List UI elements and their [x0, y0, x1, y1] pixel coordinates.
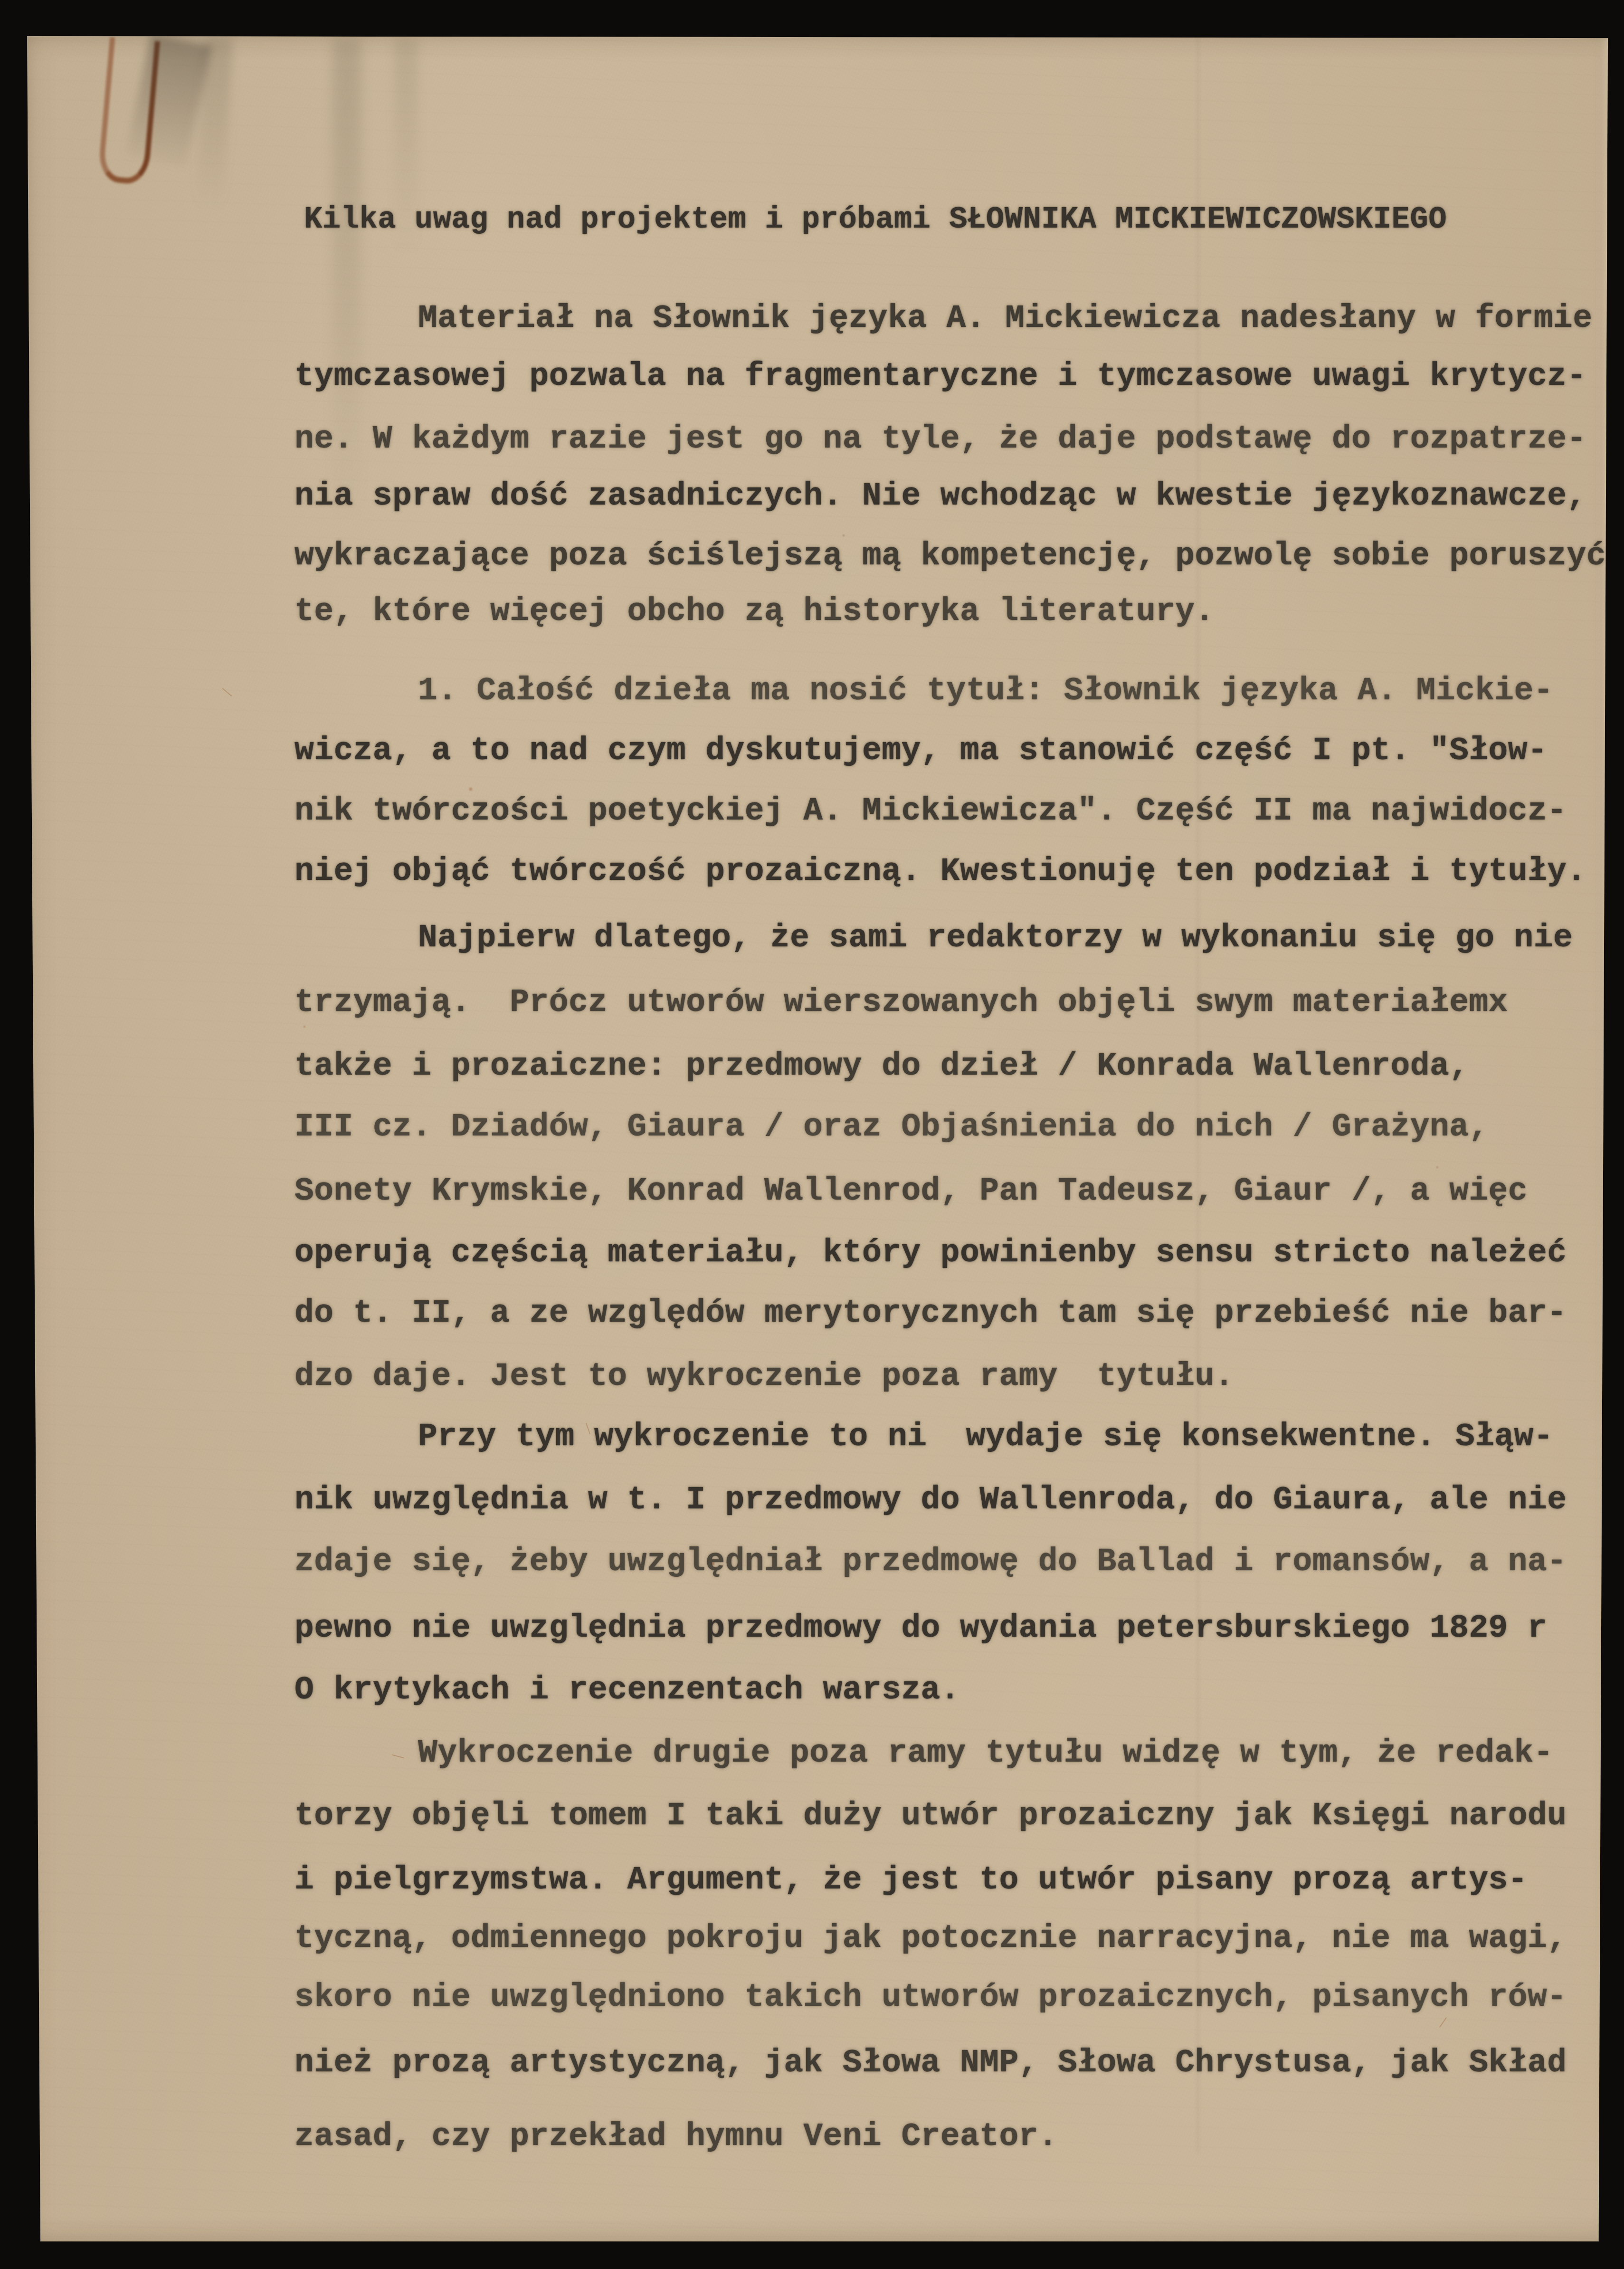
- typed-line: operują częścią materiału, który powinie…: [294, 1230, 1567, 1277]
- typed-line: 1. Całość dzieła ma nosić tytuł: Słownik…: [294, 667, 1553, 715]
- typed-line: i pielgrzymstwa. Argument, że jest to ut…: [294, 1857, 1528, 1904]
- typed-line: niej objąć twórczość prozaiczną. Kwestio…: [294, 848, 1586, 896]
- typed-line: wykraczające poza ściślejszą mą kompeten…: [294, 533, 1606, 580]
- typescript-page: Kilka uwag nad projektem i próbami SŁOWN…: [21, 36, 1608, 2241]
- typed-line: ne. W każdym razie jest go na tyle, że d…: [294, 416, 1586, 463]
- typed-line: zasad, czy przekład hymnu Veni Creator.: [294, 2113, 1058, 2161]
- typed-line: Wykroczenie drugie poza ramy tytułu widz…: [294, 1730, 1553, 1777]
- typed-line: tyczną, odmiennego pokroju jak potocznie…: [294, 1915, 1567, 1963]
- typed-line: także i prozaiczne: przedmowy do dzieł /…: [294, 1043, 1469, 1090]
- document-title: Kilka uwag nad projektem i próbami SŁOWN…: [304, 196, 1447, 244]
- typed-line: wicza, a to nad czym dyskutujemy, ma sta…: [294, 727, 1547, 775]
- typed-line: skoro nie uwzględniono takich utworów pr…: [294, 1974, 1567, 2021]
- typed-line: Najpierw dlatego, że sami redaktorzy w w…: [294, 915, 1573, 962]
- scanned-document: { "page": { "background_color": "#0c0b09…: [0, 0, 1624, 2269]
- typed-line: dzo daje. Jest to wykroczenie poza ramy …: [294, 1353, 1234, 1401]
- typed-line: Sonety Krymskie, Konrad Wallenrod, Pan T…: [294, 1168, 1528, 1215]
- typed-line: pewno nie uwzględnia przedmowy do wydani…: [294, 1605, 1547, 1652]
- typed-line: Materiał na Słownik języka A. Mickiewicz…: [294, 295, 1592, 343]
- typed-line: nież prozą artystyczną, jak Słowa NMP, S…: [294, 2040, 1567, 2087]
- typed-line: torzy objęli tomem I taki duży utwór pro…: [294, 1792, 1567, 1840]
- typed-line: Przy tym wykroczenie to ni wydaje się ko…: [294, 1413, 1553, 1461]
- typed-line: nik twórczości poetyckiej A. Mickiewicza…: [294, 788, 1567, 835]
- typed-line: III cz. Dziadów, Giaura / oraz Objaśnien…: [294, 1104, 1489, 1151]
- typed-text: Kilka uwag nad projektem i próbami SŁOWN…: [21, 36, 1608, 2241]
- typed-line: trzymają. Prócz utworów wierszowanych ob…: [294, 979, 1508, 1027]
- typed-line: te, które więcej obcho zą historyka lite…: [294, 588, 1215, 636]
- typed-line: O krytykach i recenzentach warsza.: [294, 1667, 960, 1714]
- typed-line: nia spraw dość zasadniczych. Nie wchodzą…: [294, 473, 1586, 520]
- typed-line: zdaje się, żeby uwzględniał przedmowę do…: [294, 1538, 1567, 1586]
- typed-line: do t. II, a ze względów merytorycznych t…: [294, 1290, 1567, 1337]
- typed-line: tymczasowej pozwala na fragmentaryczne i…: [294, 353, 1586, 400]
- rust-specks: [21, 36, 22, 37]
- typed-line: nik uwzględnia w t. I przedmowy do Walle…: [294, 1477, 1567, 1524]
